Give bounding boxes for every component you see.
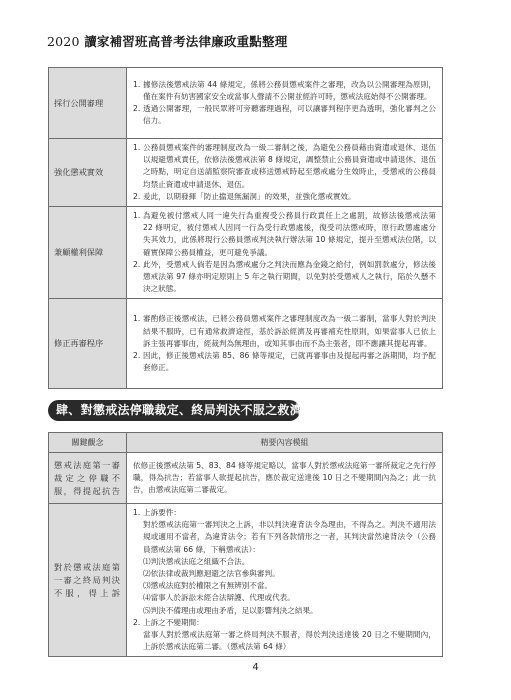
row-key: 採行公開審理 [49, 68, 127, 139]
list-item: 1. 據修法後懲戒法第 44 條規定，係將公務員懲戒案件之審理，改為以公開審理為… [133, 79, 436, 103]
sub-item: ⑴判決懲戒法庭之組織不合法。 [133, 556, 436, 568]
list-item: 1. 上訴要件： [133, 507, 436, 519]
list-item: 1. 審酌修正後懲戒法，已將公務員懲戒案件之審理制度改為一級二審制，當事人對於判… [133, 313, 436, 350]
row-key: 對於懲戒法庭第一審之終局判決不服，得上訴 [49, 504, 127, 657]
header-title: 讀家補習班高普考法律廉政重點整理 [84, 34, 287, 49]
item-body: 當事人對於懲戒法庭第一審之終局判決不服者，得於判決送達後 20 日之不變期間內，… [133, 629, 436, 653]
sub-item: ⑶懲戒法庭對於權限之有無辨別不當。 [133, 580, 436, 592]
list-item: 2. 上訴之不變期間： [133, 617, 436, 629]
table-row: 採行公開審理 1. 據修法後懲戒法第 44 條規定，係將公務員懲戒案件之審理，改… [49, 68, 443, 139]
row-key: 強化懲戒實效 [49, 139, 127, 207]
sub-item: ⑸判決不備理由或理由矛盾，足以影響判決之結果。 [133, 605, 436, 617]
section-heading: 肆、對懲戒法停職裁定、終局判決不服之救濟 [48, 400, 300, 421]
row-content: 1. 審酌修正後懲戒法，已將公務員懲戒案件之審理制度改為一級二審制，當事人對於判… [127, 299, 443, 389]
row-content: 1. 為避免被付懲戒人同一違失行為重複受公務員行政責任上之處罰，故修法後懲戒法第… [127, 207, 443, 299]
table-row: 修正再審程序 1. 審酌修正後懲戒法，已將公務員懲戒案件之審理制度改為一級二審制… [49, 299, 443, 389]
list-item: 1. 公務員懲戒案件的審理制度改為一級二審制之後，為避免公務員藉由資遣或退休、退… [133, 142, 436, 191]
list-item: 2. 此外，受懲戒人倘若是因為懲戒處分之判決而應為金錢之給付，例如罰款處分，修法… [133, 259, 436, 296]
table-header-row: 關鍵觀念 精要內容模組 [49, 433, 443, 453]
row-content: 1. 上訴要件： 對於懲戒法庭第一審判決之上訴，非以判決違背法令為理由，不得為之… [127, 504, 443, 657]
item-body: 對於懲戒法庭第一審判決之上訴，非以判決違背法令為理由，不得為之。判決不適用法規或… [133, 519, 436, 556]
list-item: 2. 爰此，以期發揮「防止擋退無漏洞」的效果，並強化懲戒實效。 [133, 191, 436, 203]
page-header: 2020 讀家補習班高普考法律廉政重點整理 [47, 32, 287, 50]
table-row: 強化懲戒實效 1. 公務員懲戒案件的審理制度改為一級二審制之後，為避免公務員藉由… [49, 139, 443, 207]
table-row: 兼顧權利保障 1. 為避免被付懲戒人同一違失行為重複受公務員行政責任上之處罰，故… [49, 207, 443, 299]
reform-table: 採行公開審理 1. 據修法後懲戒法第 44 條規定，係將公務員懲戒案件之審理，改… [48, 67, 443, 389]
table-row: 懲戒法庭第一審裁定之停職不服，得提起抗告 依修正後懲戒法第 5、83、84 條等… [49, 453, 443, 504]
header-year: 2020 [47, 34, 80, 49]
column-header-key: 關鍵觀念 [49, 433, 127, 453]
row-content: 依修正後懲戒法第 5、83、84 條等規定略以，當事人對於懲戒法庭第一審所裁定之… [127, 453, 443, 504]
list-item: 2. 因此，修正後懲戒法第 85、86 條等規定，已就再審事由及提起再審之訴期間… [133, 350, 436, 374]
row-content: 1. 公務員懲戒案件的審理制度改為一級二審制之後，為避免公務員藉由資遣或退休、退… [127, 139, 443, 207]
remedy-table: 關鍵觀念 精要內容模組 懲戒法庭第一審裁定之停職不服，得提起抗告 依修正後懲戒法… [48, 432, 443, 657]
row-content: 1. 據修法後懲戒法第 44 條規定，係將公務員懲戒案件之審理，改為以公開審理為… [127, 68, 443, 139]
column-header-content: 精要內容模組 [127, 433, 443, 453]
list-item: 2. 透過公開審理，一般民眾將可旁聽審理過程，可以讓審判程序更為透明，強化審判之… [133, 103, 436, 127]
row-key: 懲戒法庭第一審裁定之停職不服，得提起抗告 [49, 453, 127, 504]
sub-item: ⑷當事人於訴訟未經合法辯護、代理或代表。 [133, 592, 436, 604]
page-number: 4 [0, 662, 511, 673]
row-key: 兼顧權利保障 [49, 207, 127, 299]
sub-item: ⑵依法律或裁判應迴避之法官參與審判。 [133, 568, 436, 580]
row-key: 修正再審程序 [49, 299, 127, 389]
table-row: 對於懲戒法庭第一審之終局判決不服，得上訴 1. 上訴要件： 對於懲戒法庭第一審判… [49, 504, 443, 657]
list-item: 1. 為避免被付懲戒人同一違失行為重複受公務員行政責任上之處罰，故修法後懲戒法第… [133, 210, 436, 259]
